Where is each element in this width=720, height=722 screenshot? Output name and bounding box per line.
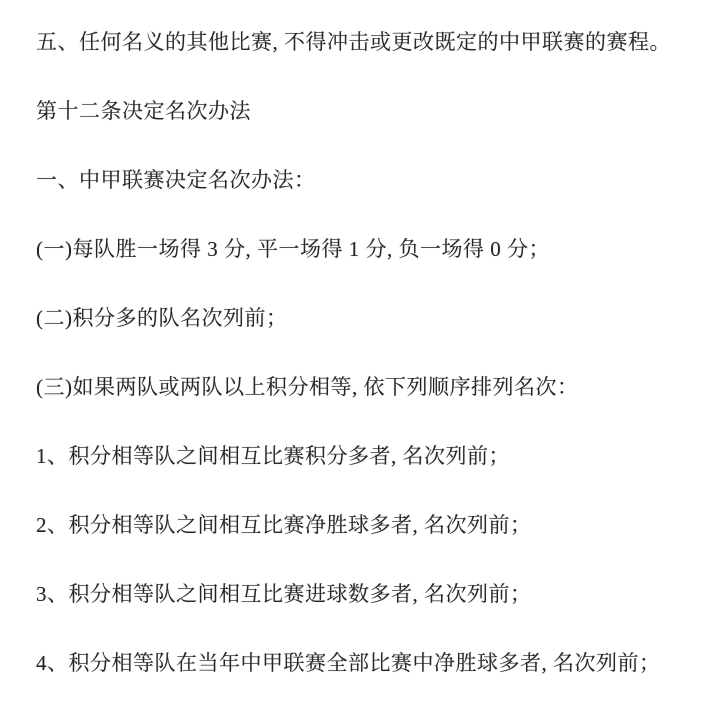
subclause-1-points-rule: (一)每队胜一场得 3 分, 平一场得 1 分, 负一场得 0 分； (36, 237, 696, 261)
tiebreak-rule-3: 3、积分相等队之间相互比赛进球数多者, 名次列前； (36, 582, 696, 606)
document-page: 五、任何名义的其他比赛, 不得冲击或更改既定的中甲联赛的赛程。 第十二条决定名次… (0, 0, 720, 722)
section-one-heading: 一、中甲联赛决定名次办法： (36, 168, 696, 192)
subclause-3-tiebreak-intro: (三)如果两队或两队以上积分相等, 依下列顺序排列名次： (36, 375, 696, 399)
article-12-heading: 第十二条决定名次办法 (36, 99, 696, 123)
tiebreak-rule-2: 2、积分相等队之间相互比赛净胜球多者, 名次列前； (36, 513, 696, 537)
subclause-2-most-points: (二)积分多的队名次列前； (36, 306, 696, 330)
tiebreak-rule-4: 4、积分相等队在当年中甲联赛全部比赛中净胜球多者, 名次列前； (36, 651, 696, 675)
tiebreak-rule-1: 1、积分相等队之间相互比赛积分多者, 名次列前； (36, 444, 696, 468)
clause-five-other-matches: 五、任何名义的其他比赛, 不得冲击或更改既定的中甲联赛的赛程。 (36, 30, 696, 54)
